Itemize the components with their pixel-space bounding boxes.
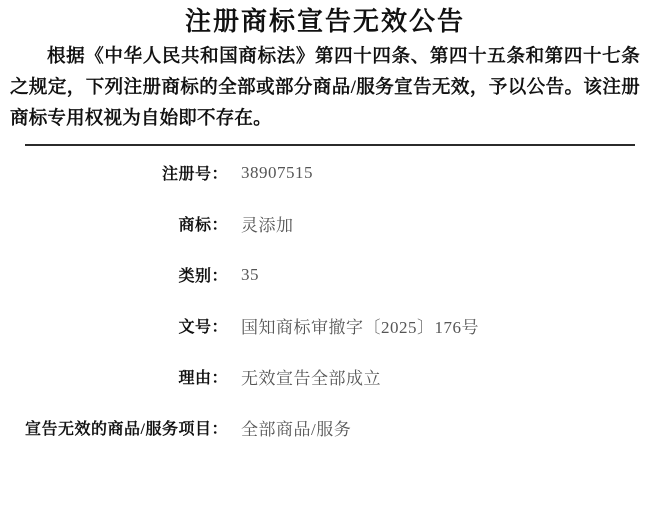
field-row-reason: 理由： 无效宣告全部成立	[0, 351, 650, 402]
field-value: 35	[241, 265, 259, 285]
field-label: 文号：	[0, 314, 228, 337]
field-label: 宣告无效的商品/服务项目：	[0, 416, 228, 439]
announcement-document: 注册商标宣告无效公告 根据《中华人民共和国商标法》第四十四条、第四十五条和第四十…	[0, 0, 650, 512]
field-row-document-number: 文号： 国知商标审撤字〔2025〕176号	[0, 300, 650, 351]
field-value: 全部商品/服务	[241, 415, 351, 440]
field-row-trademark: 商标： 灵添加	[0, 198, 650, 249]
field-label: 注册号：	[0, 161, 228, 184]
fields-section: 注册号： 38907515 商标： 灵添加 类别： 35 文号： 国知商标审撤字…	[0, 147, 650, 453]
horizontal-divider	[25, 144, 635, 146]
field-value: 38907515	[241, 163, 313, 183]
field-row-invalidated-goods: 宣告无效的商品/服务项目： 全部商品/服务	[0, 402, 650, 453]
field-label: 理由：	[0, 365, 228, 388]
page-title: 注册商标宣告无效公告	[0, 0, 650, 37]
field-value: 无效宣告全部成立	[241, 364, 381, 389]
intro-paragraph: 根据《中华人民共和国商标法》第四十四条、第四十五条和第四十七条之规定，下列注册商…	[10, 42, 640, 135]
field-label: 商标：	[0, 212, 228, 235]
field-label: 类别：	[0, 263, 228, 286]
field-value: 灵添加	[241, 211, 294, 236]
field-value: 国知商标审撤字〔2025〕176号	[241, 313, 479, 338]
field-row-class: 类别： 35	[0, 249, 650, 300]
field-row-registration-number: 注册号： 38907515	[0, 147, 650, 198]
